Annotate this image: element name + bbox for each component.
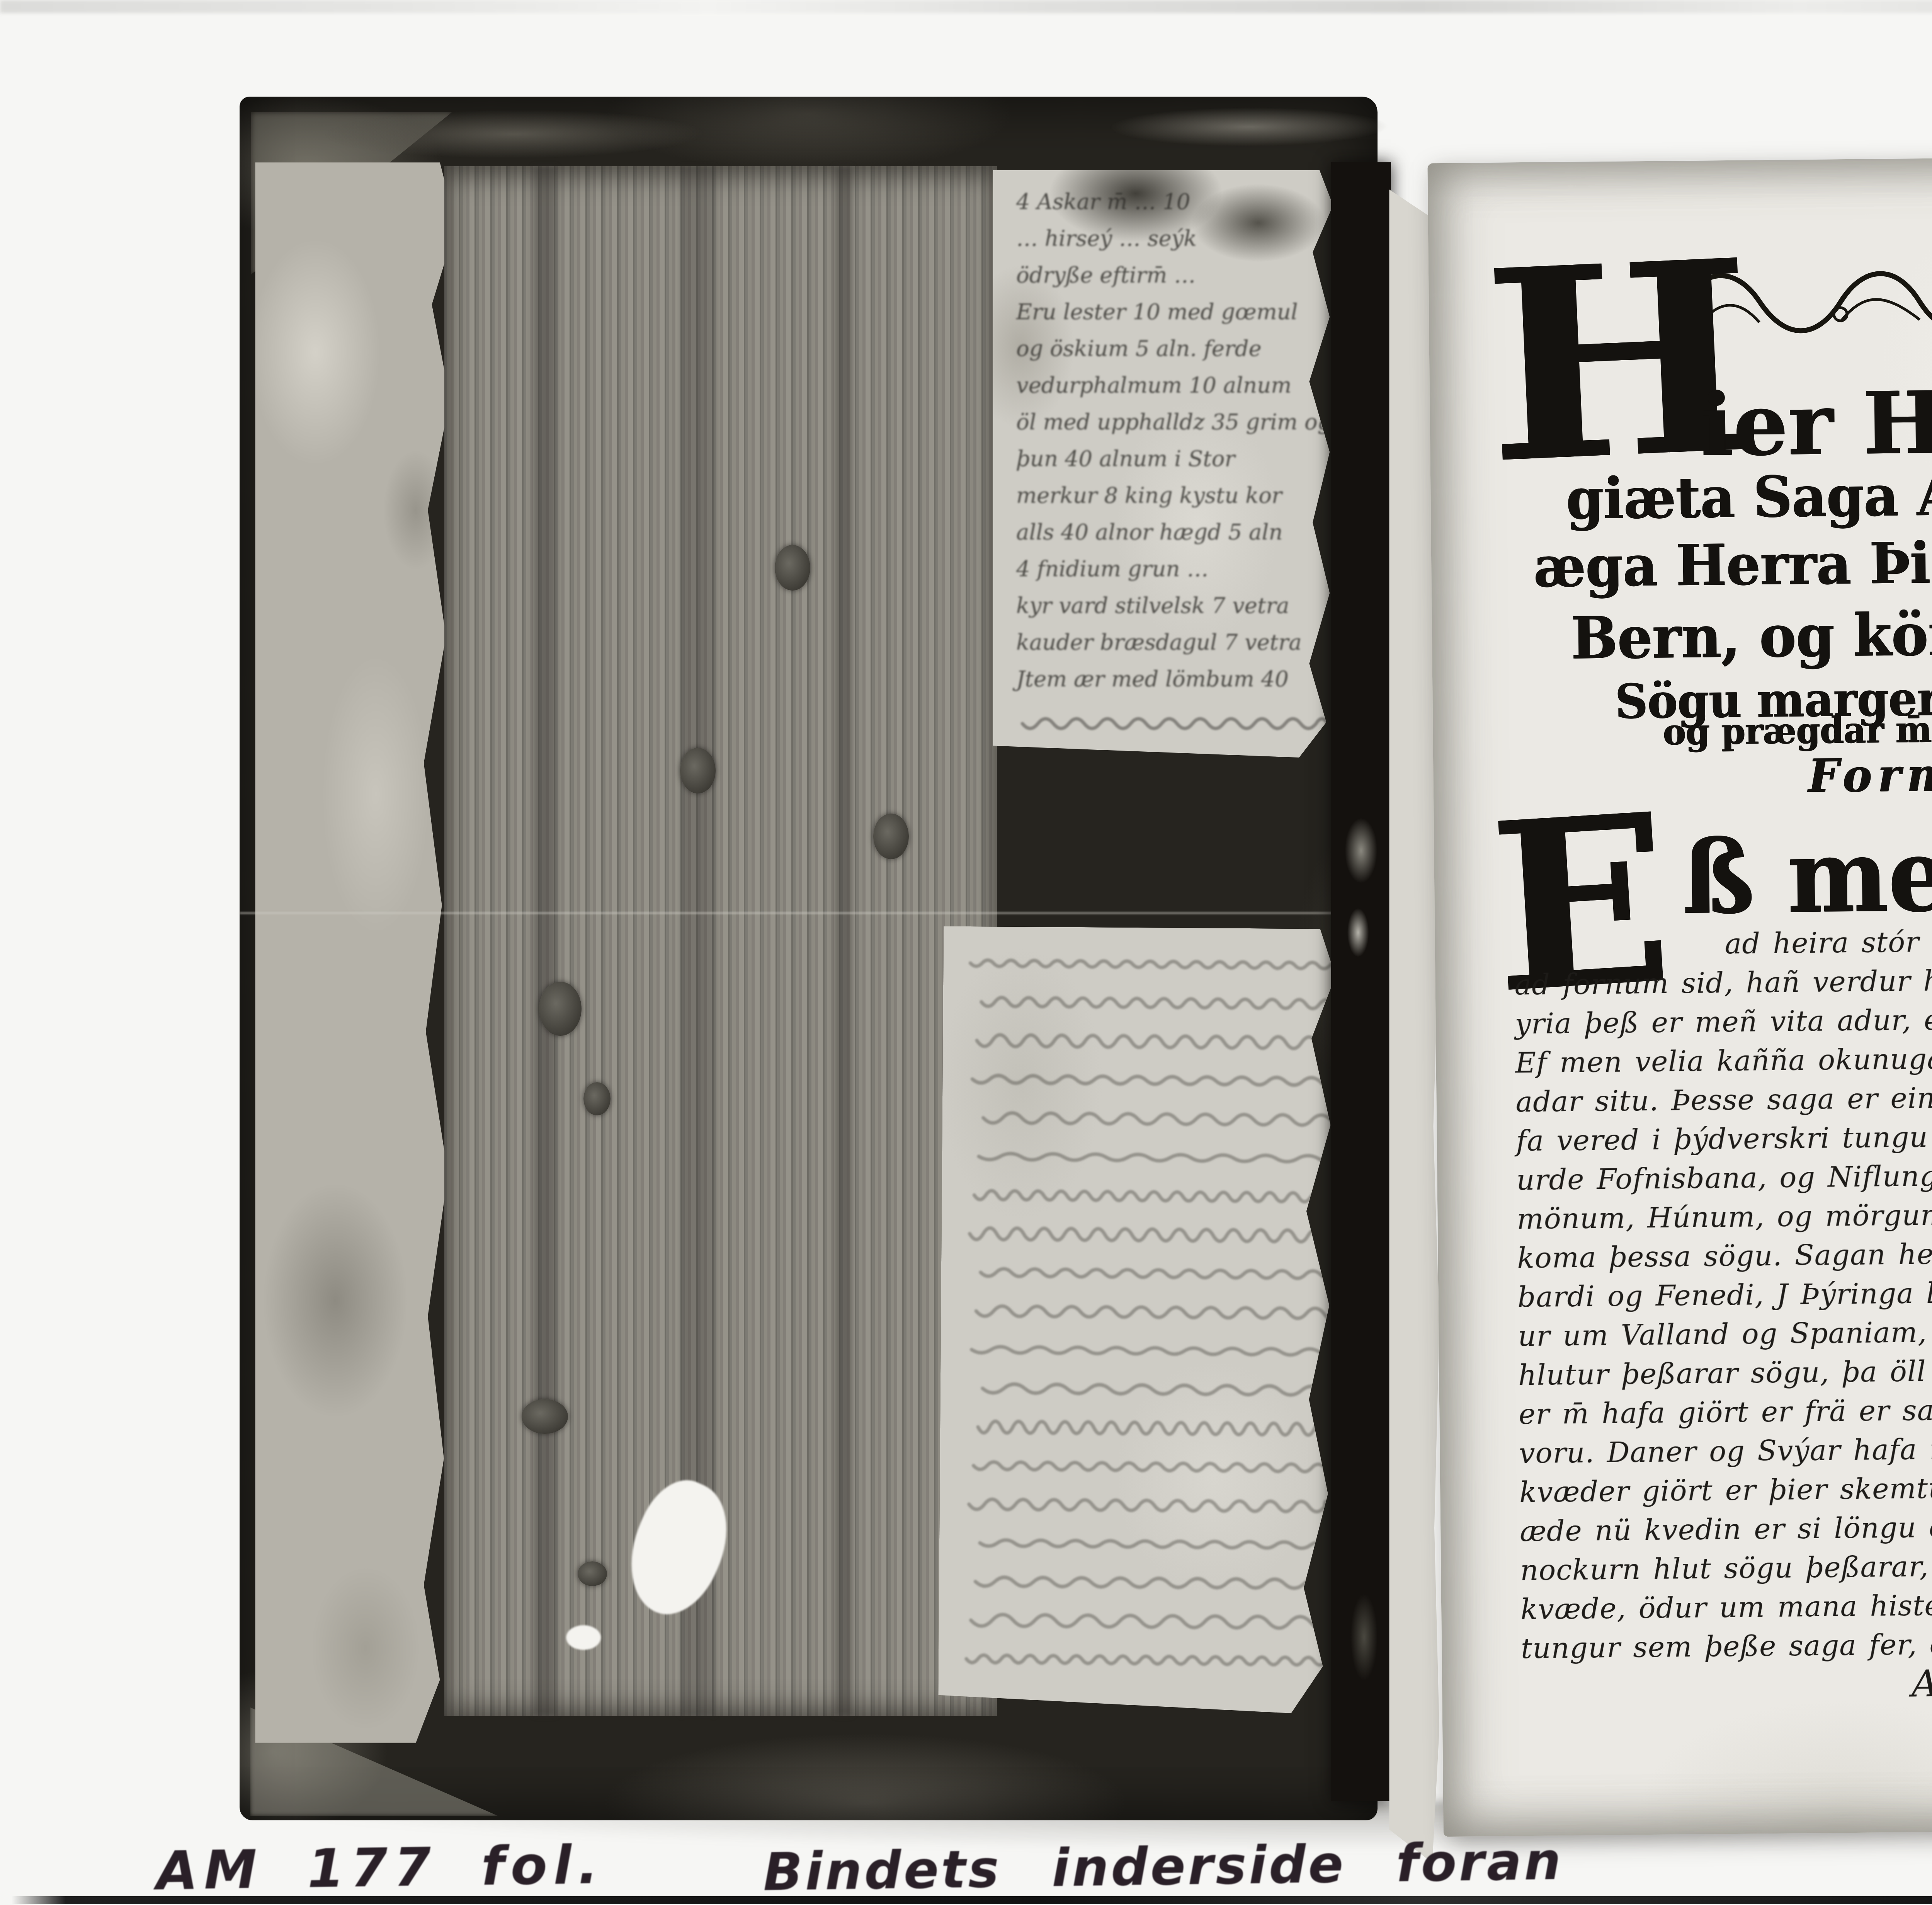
scan-streak-top (0, 0, 1932, 13)
slip-line (939, 1483, 1332, 1524)
slip-line: 4 fnidium grun … (993, 557, 1333, 593)
slip-line (943, 941, 1336, 983)
slip-line: Jtem ær med lömbum 40 (993, 667, 1333, 703)
scan-background: 4 Askar m̄ … 10… hirseý … seýködryße eft… (0, 0, 1932, 1905)
caption-shelfmark: AM 177 fol. (156, 1833, 605, 1902)
front-cover-inside: 4 Askar m̄ … 10… hirseý … seýködryße eft… (240, 97, 1378, 1820)
wood-grain-streak (835, 166, 852, 1716)
slip-line (942, 1057, 1335, 1099)
slip-line (993, 703, 1333, 740)
slip-line: þun 40 alnum i Stor (993, 446, 1333, 483)
slip-line: öl med upphalldz 35 grim og (993, 410, 1333, 446)
board-scratch (240, 912, 1378, 914)
slip-line: merkur 8 king kystu kor (993, 483, 1333, 520)
title-line: og prægdar m̄ af Imsum lönd. (1526, 704, 1932, 754)
title-line: æga Herra Þidrek Kónge Af (1524, 525, 1932, 600)
wooden-peg (578, 1561, 607, 1586)
slip-line (941, 1251, 1334, 1292)
slip-line (939, 1599, 1331, 1640)
wooden-peg (539, 982, 582, 1036)
body-text: ad heira stór tydinde þau ed vered hafaa… (1514, 921, 1932, 1671)
opening-line: ß meñ gignast (1681, 810, 1932, 937)
slip-line (942, 1135, 1335, 1176)
manuscript-page: H ier Hefst Suð giæta Saga Af þeim Výdfr… (1427, 154, 1932, 1837)
slip-line: og öskium 5 aln. ferde (993, 336, 1333, 373)
pastedown-slip-lower (938, 926, 1336, 1713)
slip-line (943, 1019, 1335, 1060)
title-line: ier Hefst Suð (1669, 369, 1932, 476)
slip-line (939, 1637, 1331, 1679)
slip-line (940, 1405, 1333, 1447)
wooden-peg (873, 814, 909, 859)
gutter-sewing (1331, 162, 1391, 1801)
slip-line: ödryße eftirm̄ … (993, 263, 1333, 300)
slip-line (943, 980, 1335, 1021)
wooden-peg (583, 1082, 611, 1115)
wood-grain-streak (533, 166, 556, 1716)
scan-bottom-strip (12, 1896, 1932, 1904)
slip-line (940, 1367, 1333, 1408)
slip-line (942, 1096, 1335, 1137)
quire-signature: A i (1912, 1662, 1932, 1705)
slip-line (940, 1444, 1332, 1485)
caption-description: Bindets inderside foran (763, 1831, 1563, 1903)
book-photo: 4 Askar m̄ … 10… hirseý … seýködryße eft… (240, 93, 1932, 1828)
slip-line (941, 1289, 1333, 1331)
slip-line: vedurphalmum 10 alnum (993, 373, 1333, 410)
title-line: Bern, og köma vid þessa (1524, 597, 1932, 673)
wooden-peg (680, 748, 716, 793)
slip-line (942, 1173, 1334, 1215)
slip-line (939, 1521, 1332, 1563)
wooden-peg (522, 1399, 568, 1434)
slip-line: Eru lester 10 med gœmul (993, 300, 1333, 336)
slip-line: kauder bræsdagul 7 vetra (993, 630, 1333, 667)
slip-line: kyr vard stilvelsk 7 vetra (993, 593, 1333, 630)
title-line: giæta Saga Af þeim Výdfr (1523, 458, 1932, 533)
wooden-peg (775, 545, 810, 591)
slip-line (940, 1328, 1333, 1369)
slip-line: alls 40 alnor hægd 5 aln (993, 520, 1333, 557)
damage-patch-white (566, 1625, 601, 1650)
slip-line: … hirseý … seýk (993, 226, 1333, 263)
slip-line: 4 Askar m̄ … 10 (993, 189, 1333, 226)
pastedown-slip-upper: 4 Askar m̄ … 10… hirseý … seýködryße eft… (993, 170, 1333, 758)
parchment-turn-in (255, 162, 456, 1743)
wooden-board (444, 166, 997, 1716)
slip-line (941, 1212, 1334, 1253)
slip-line (939, 1560, 1332, 1601)
